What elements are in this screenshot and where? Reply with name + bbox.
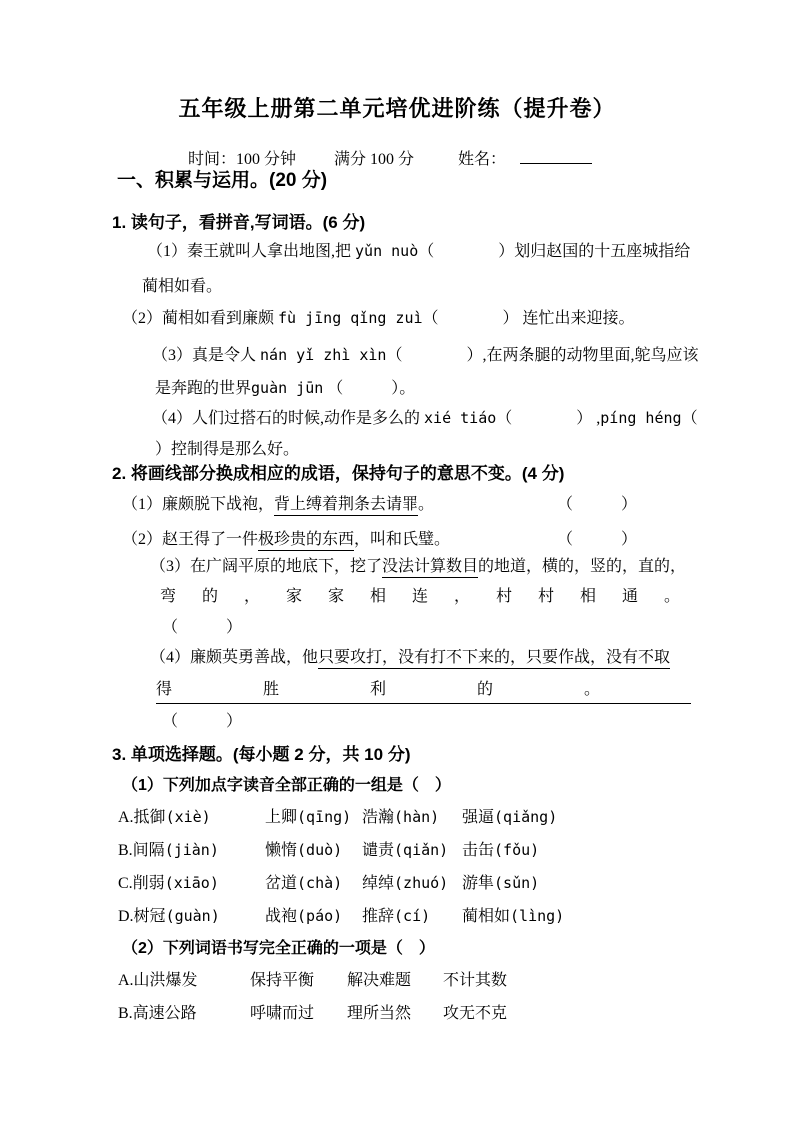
pinyin-xie-tiao: xié tiáo [424,409,496,427]
option-pinyin: (jiàn) [165,841,219,859]
option-word: 击缶 [462,842,494,859]
option-pinyin: (xiāo) [165,874,219,892]
option-word: 上卿 [265,809,297,826]
option-pinyin: (fǒu) [494,841,539,859]
q1-item3-text2: ,在两条腿的动物里面,鸵鸟应该 [482,347,698,364]
option-pinyin: (chà) [297,874,342,892]
pinyin-guan-jun: guàn jūn [251,379,323,397]
option-pinyin: (zhuó) [394,874,448,892]
q2-item2-underlined: 极珍贵的东西 [258,531,354,551]
option-word: 懒惰 [265,842,297,859]
option-pinyin: (qīng) [297,808,351,826]
q2-item4-text: （4）廉颇英勇善战，他 [150,649,318,666]
option-cell: 呼啸而过 [250,1003,347,1025]
q2-item1-line: （1）廉颇脱下战袍，背上缚着荆条去请罪。 [122,494,434,516]
q2-item4-line2: 得胜利的。 [156,679,691,704]
q3-sub1-row-a: A.抵御(xiè)上卿(qīng)浩瀚(hàn)强逼(qiǎng) [118,806,557,829]
answer-blank: （ ）。 [323,380,415,397]
pinyin-yun-nuo: yǔn nuò [355,242,418,260]
q1-item3-text: （3）真是令人 [152,347,260,364]
option-word: C.削弱 [118,875,165,892]
pinyin-fu-jing-qing-zui: fù jīng qǐng zuì [278,309,423,327]
option-cell: 谴责(qiǎn) [362,839,462,862]
meta-name-label: 姓名： [458,151,506,168]
option-cell: B.高速公路 [118,1003,250,1025]
option-word: B.间隔 [118,842,165,859]
option-word: 游隼 [462,875,494,892]
option-cell: 蔺相如(lìng) [462,908,564,925]
q2-item4-underlined-spread: 得胜利的。 [156,679,691,704]
q1-item4-text: （4）人们过搭石的时候,动作是多么的 [152,410,424,427]
q1-item3-text3: 是奔跑的世界 [155,380,251,397]
option-pinyin: (duò) [297,841,342,859]
q1-item2-text2: 连忙出来迎接。 [519,310,635,327]
option-pinyin: (páo) [297,907,342,925]
q1-item2-text: （2）蔺相如看到廉颇 [122,310,278,327]
q1-item4-line1: （4）人们过搭石的时候,动作是多么的 xié tiáo（ ） ,píng hén… [152,407,698,430]
q1-item1-line1: （1）秦王就叫人拿出地图,把 yǔn nuò（ ）划归赵国的十五座城指给 [147,240,690,263]
option-pinyin: (hàn) [394,808,439,826]
q1-item1-text: （1）秦王就叫人拿出地图,把 [147,243,355,260]
exam-page: { "doc": { "title": "五年级上册第二单元培优进阶练（提升卷）… [0,0,794,1123]
q2-item4-underlined: 只要攻打，没有打不下来的，只要作战，没有不取 [318,649,670,669]
option-pinyin: (cí) [394,907,430,925]
q2-item1-underlined: 背上缚着荆条去请罪 [274,496,418,516]
q2-heading: 2. 将画线部分换成相应的成语，保持句子的意思不变。(4 分) [112,463,564,485]
option-cell: 强逼(qiǎng) [462,809,557,826]
q3-sub1-row-c: C.削弱(xiāo)岔道(chà)绰绰(zhuó)游隼(sǔn) [118,872,539,895]
q2-item3-text: （3）在广阔平原的地底下，挖了 [150,558,382,575]
meta-time: 时间：100 分钟 [188,151,296,168]
option-pinyin: (qiǎn) [394,841,448,859]
q1-heading: 1. 读句子，看拼音,写词语。(6 分) [112,212,365,234]
option-cell: 理所当然 [347,1003,443,1025]
option-word: 浩瀚 [362,809,394,826]
option-pinyin: (qiǎng) [494,808,557,826]
option-cell: 不计其数 [443,972,507,989]
option-pinyin: (lìng) [510,907,564,925]
option-word: 战袍 [265,908,297,925]
option-word: 谴责 [362,842,394,859]
q3-sub1-heading: （1）下列加点字读音全部正确的一组是（ ） [122,775,451,797]
option-word: 绰绰 [362,875,394,892]
q1-item1-text2: 划归赵国的十五座城指给 [514,243,690,260]
q3-sub2-row-b: B.高速公路呼啸而过理所当然攻无不克 [118,1003,507,1025]
option-pinyin: (guàn) [166,907,220,925]
q2-item2-answer-paren: （ ） [557,529,637,551]
option-cell: 保持平衡 [250,970,347,992]
option-cell: 游隼(sǔn) [462,875,539,892]
pinyin-nan-yi-zhi-xin: nán yǐ zhì xìn [260,346,386,364]
option-word: 岔道 [265,875,297,892]
option-pinyin: (xiè) [166,808,211,826]
section-1-heading: 一、积累与运用。(20 分) [117,170,327,192]
q3-sub2-heading: （2）下列词语书写完全正确的一项是（ ） [122,938,435,960]
q3-sub1-row-d: D.树冠(guàn)战袍(páo)推辞(cí)蔺相如(lìng) [118,905,564,928]
option-cell: 攻无不克 [443,1005,507,1022]
q3-heading: 3. 单项选择题。(每小题 2 分，共 10 分) [112,744,410,766]
option-cell: 解决难题 [347,970,443,992]
name-blank-line [520,149,592,164]
option-word: A.抵御 [118,809,166,826]
answer-blank-open: （ [682,410,698,427]
option-cell: 击缶(fǒu) [462,842,539,859]
meta-full-score: 满分 100 分 [334,151,414,168]
q2-item3-text2: 的地道，横的，竖的，直的， [478,558,686,575]
q2-item4-answer-paren: （ ） [162,711,242,733]
q2-item3-answer-paren: （ ） [162,617,242,639]
exam-meta: 时间：100 分钟 满分 100 分 姓名： [188,149,592,171]
option-cell: C.削弱(xiāo) [118,872,265,895]
option-cell: B.间隔(jiàn) [118,839,265,862]
option-cell: D.树冠(guàn) [118,905,265,928]
q1-item3-line2: 是奔跑的世界guàn jūn （ ）。 [155,377,415,400]
q3-sub2-row-a: A.山洪爆发保持平衡解决难题不计其数 [118,970,507,992]
q2-item2-text: （2）赵王得了一件 [122,531,258,548]
option-cell: 推辞(cí) [362,905,462,928]
option-cell: 绰绰(zhuó) [362,872,462,895]
q2-item1-answer-paren: （ ） [557,494,637,516]
option-word: 强逼 [462,809,494,826]
answer-blank: （ ） [423,310,519,327]
q1-item2-line: （2）蔺相如看到廉颇 fù jīng qǐng zuì（ ） 连忙出来迎接。 [122,307,635,330]
q3-sub1-row-b: B.间隔(jiàn)懒惰(duò)谴责(qiǎn)击缶(fǒu) [118,839,539,862]
q1-item1-line2: 蔺相如看。 [142,276,222,298]
option-cell: 上卿(qīng) [265,806,362,829]
option-pinyin: (sǔn) [494,874,539,892]
q2-item3-line2: 弯的，家家相连，村村相通。 [160,586,706,608]
option-cell: A.山洪爆发 [118,970,250,992]
q2-item1-text2: 。 [418,496,434,513]
page-title: 五年级上册第二单元培优进阶练（提升卷） [0,98,794,120]
answer-blank: （ ） [496,410,592,427]
q2-item3-underlined: 没法计算数目 [382,558,478,578]
q2-item3-line1: （3）在广阔平原的地底下，挖了没法计算数目的地道，横的，竖的，直的， [150,556,686,578]
answer-blank: （ ） [418,243,514,260]
answer-blank: （ ） [386,347,482,364]
option-cell: 岔道(chà) [265,872,362,895]
option-word: 蔺相如 [462,908,510,925]
option-cell: A.抵御(xiè) [118,806,265,829]
option-cell: 懒惰(duò) [265,839,362,862]
q2-item2-line: （2）赵王得了一件极珍贵的东西，叫和氏璧。 [122,529,450,551]
q2-item2-text2: ，叫和氏璧。 [354,531,450,548]
q2-item4-line1: （4）廉颇英勇善战，他只要攻打，没有打不下来的，只要作战，没有不取 [150,647,670,669]
option-cell: 战袍(páo) [265,905,362,928]
pinyin-ping-heng: píng héng [600,409,681,427]
option-word: D.树冠 [118,908,166,925]
option-word: 推辞 [362,908,394,925]
q1-item4-line2: ）控制得是那么好。 [155,439,299,461]
q2-item1-text: （1）廉颇脱下战袍， [122,496,274,513]
q1-item3-line1: （3）真是令人 nán yǐ zhì xìn（ ）,在两条腿的动物里面,鸵鸟应该 [152,344,698,367]
option-cell: 浩瀚(hàn) [362,806,462,829]
